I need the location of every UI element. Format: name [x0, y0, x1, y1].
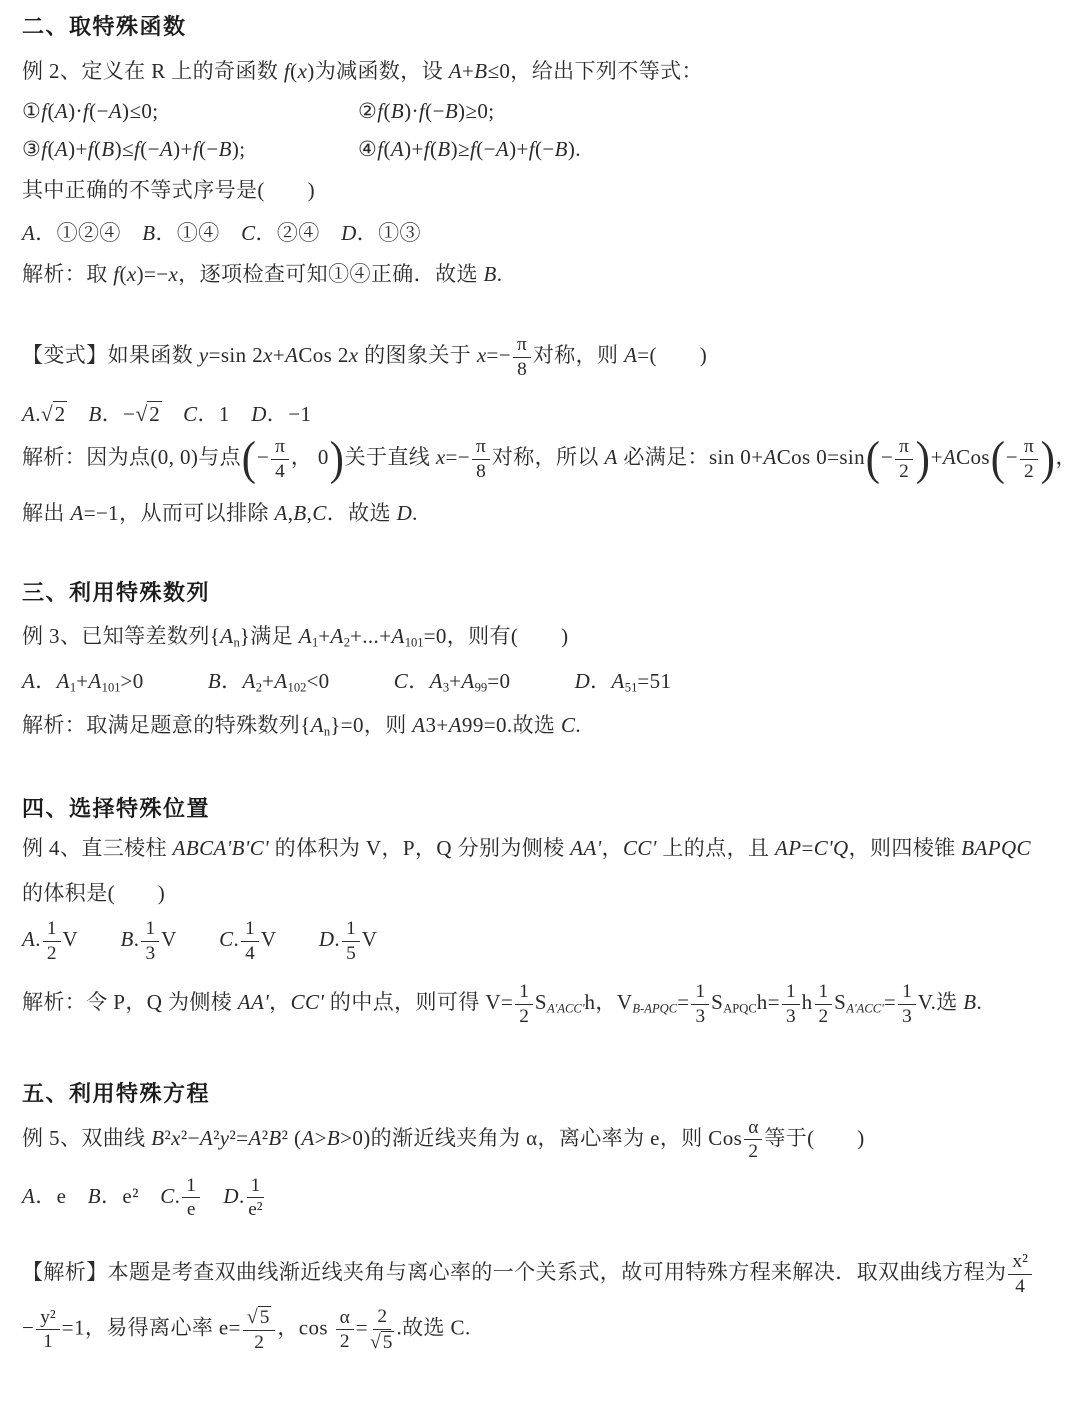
section-variation: 【变式】如果函数 y=sin 2x+ACos 2x 的图象关于 x=−π8对称，…	[22, 334, 1066, 527]
section-special-sequence: 三、利用特殊数列 例 3、已知等差数列{An}满足 A1+A2+...+A101…	[22, 576, 1066, 740]
example2-solution: 解析：取 f(x)=−x，逐项检查可知①④正确．故选 B.	[22, 258, 1066, 288]
example4-solution: 解析：令 P，Q 为侧棱 AA'，CC' 的中点，则可得 V=12SA'ACC'…	[22, 981, 1066, 1027]
example5-solution-line1: 【解析】本题是考查双曲线渐近线夹角与离心率的一个关系式，故可用特殊方程来解决．取…	[22, 1251, 1066, 1297]
variation-solution-line2: 解出 A=−1，从而可以排除 A,B,C．故选 D.	[22, 497, 1066, 527]
example5-options: A．e B．e² C.1e D.1e²	[22, 1175, 1066, 1221]
example5-stem: 例 5、双曲线 B²x²−A²y²=A²B² (A>B>0)的渐近线夹角为 α，…	[22, 1117, 1066, 1163]
example5-solution-line2: −y²1=1，易得离心率 e=√52，cos α2=2√5.故选 C.	[22, 1306, 1066, 1353]
section-heading-special-equation: 五、利用特殊方程	[22, 1077, 1066, 1108]
section-heading-special-position: 四、选择特殊位置	[22, 792, 1066, 823]
document-page: 二、取特殊函数 例 2、定义在 R 上的奇函数 f(x)为减函数，设 A+B≤0…	[0, 0, 1080, 1404]
section-special-function: 二、取特殊函数 例 2、定义在 R 上的奇函数 f(x)为减函数，设 A+B≤0…	[22, 10, 1066, 288]
example3-options: A．A1+A101>0 B．A2+A102<0 C．A3+A99=0 D．A51…	[22, 665, 1066, 696]
example3-stem: 例 3、已知等差数列{An}满足 A1+A2+...+A101=0，则有( )	[22, 620, 1066, 651]
example3-solution: 解析：取满足题意的特殊数列{An}=0，则 A3+A99=0.故选 C.	[22, 709, 1066, 740]
example4-stem-line1: 例 4、直三棱柱 ABCA'B'C' 的体积为 V，P，Q 分别为侧棱 AA'，…	[22, 832, 1066, 862]
example2-options: A．①②④ B．①④ C．②④ D．①③	[22, 217, 1066, 247]
example2-inequality-2: ②f(B)·f(−B)≥0;	[358, 99, 1066, 124]
example2-inequality-row1: ①f(A)·f(−A)≤0; ②f(B)·f(−B)≥0;	[22, 99, 1066, 124]
section-heading-special-sequence: 三、利用特殊数列	[22, 576, 1066, 607]
section-special-equation: 五、利用特殊方程 例 5、双曲线 B²x²−A²y²=A²B² (A>B>0)的…	[22, 1077, 1066, 1354]
section-special-position: 四、选择特殊位置 例 4、直三棱柱 ABCA'B'C' 的体积为 V，P，Q 分…	[22, 792, 1066, 1028]
variation-stem: 【变式】如果函数 y=sin 2x+ACos 2x 的图象关于 x=−π8对称，…	[22, 334, 1066, 380]
section-heading-special-function: 二、取特殊函数	[22, 10, 1066, 41]
example4-options: A.12V B.13V C.14V D.15V	[22, 918, 1066, 964]
variation-options: A.√2 B．−√2 C．1 D．−1	[22, 398, 1066, 428]
example2-inequality-4: ④f(A)+f(B)≥f(−A)+f(−B).	[358, 137, 1066, 162]
example2-question: 其中正确的不等式序号是( )	[22, 174, 1066, 204]
example2-inequality-row2: ③f(A)+f(B)≤f(−A)+f(−B); ④f(A)+f(B)≥f(−A)…	[22, 137, 1066, 162]
example4-stem-line2: 的体积是( )	[22, 877, 1066, 907]
example2-inequality-3: ③f(A)+f(B)≤f(−A)+f(−B);	[22, 137, 358, 162]
example2-stem: 例 2、定义在 R 上的奇函数 f(x)为减函数，设 A+B≤0，给出下列不等式…	[22, 55, 1066, 85]
variation-solution-line1: 解析：因为点(0, 0)与点(−π4， 0)关于直线 x=−π8对称，所以 A …	[22, 436, 1066, 482]
example2-inequality-1: ①f(A)·f(−A)≤0;	[22, 99, 358, 124]
